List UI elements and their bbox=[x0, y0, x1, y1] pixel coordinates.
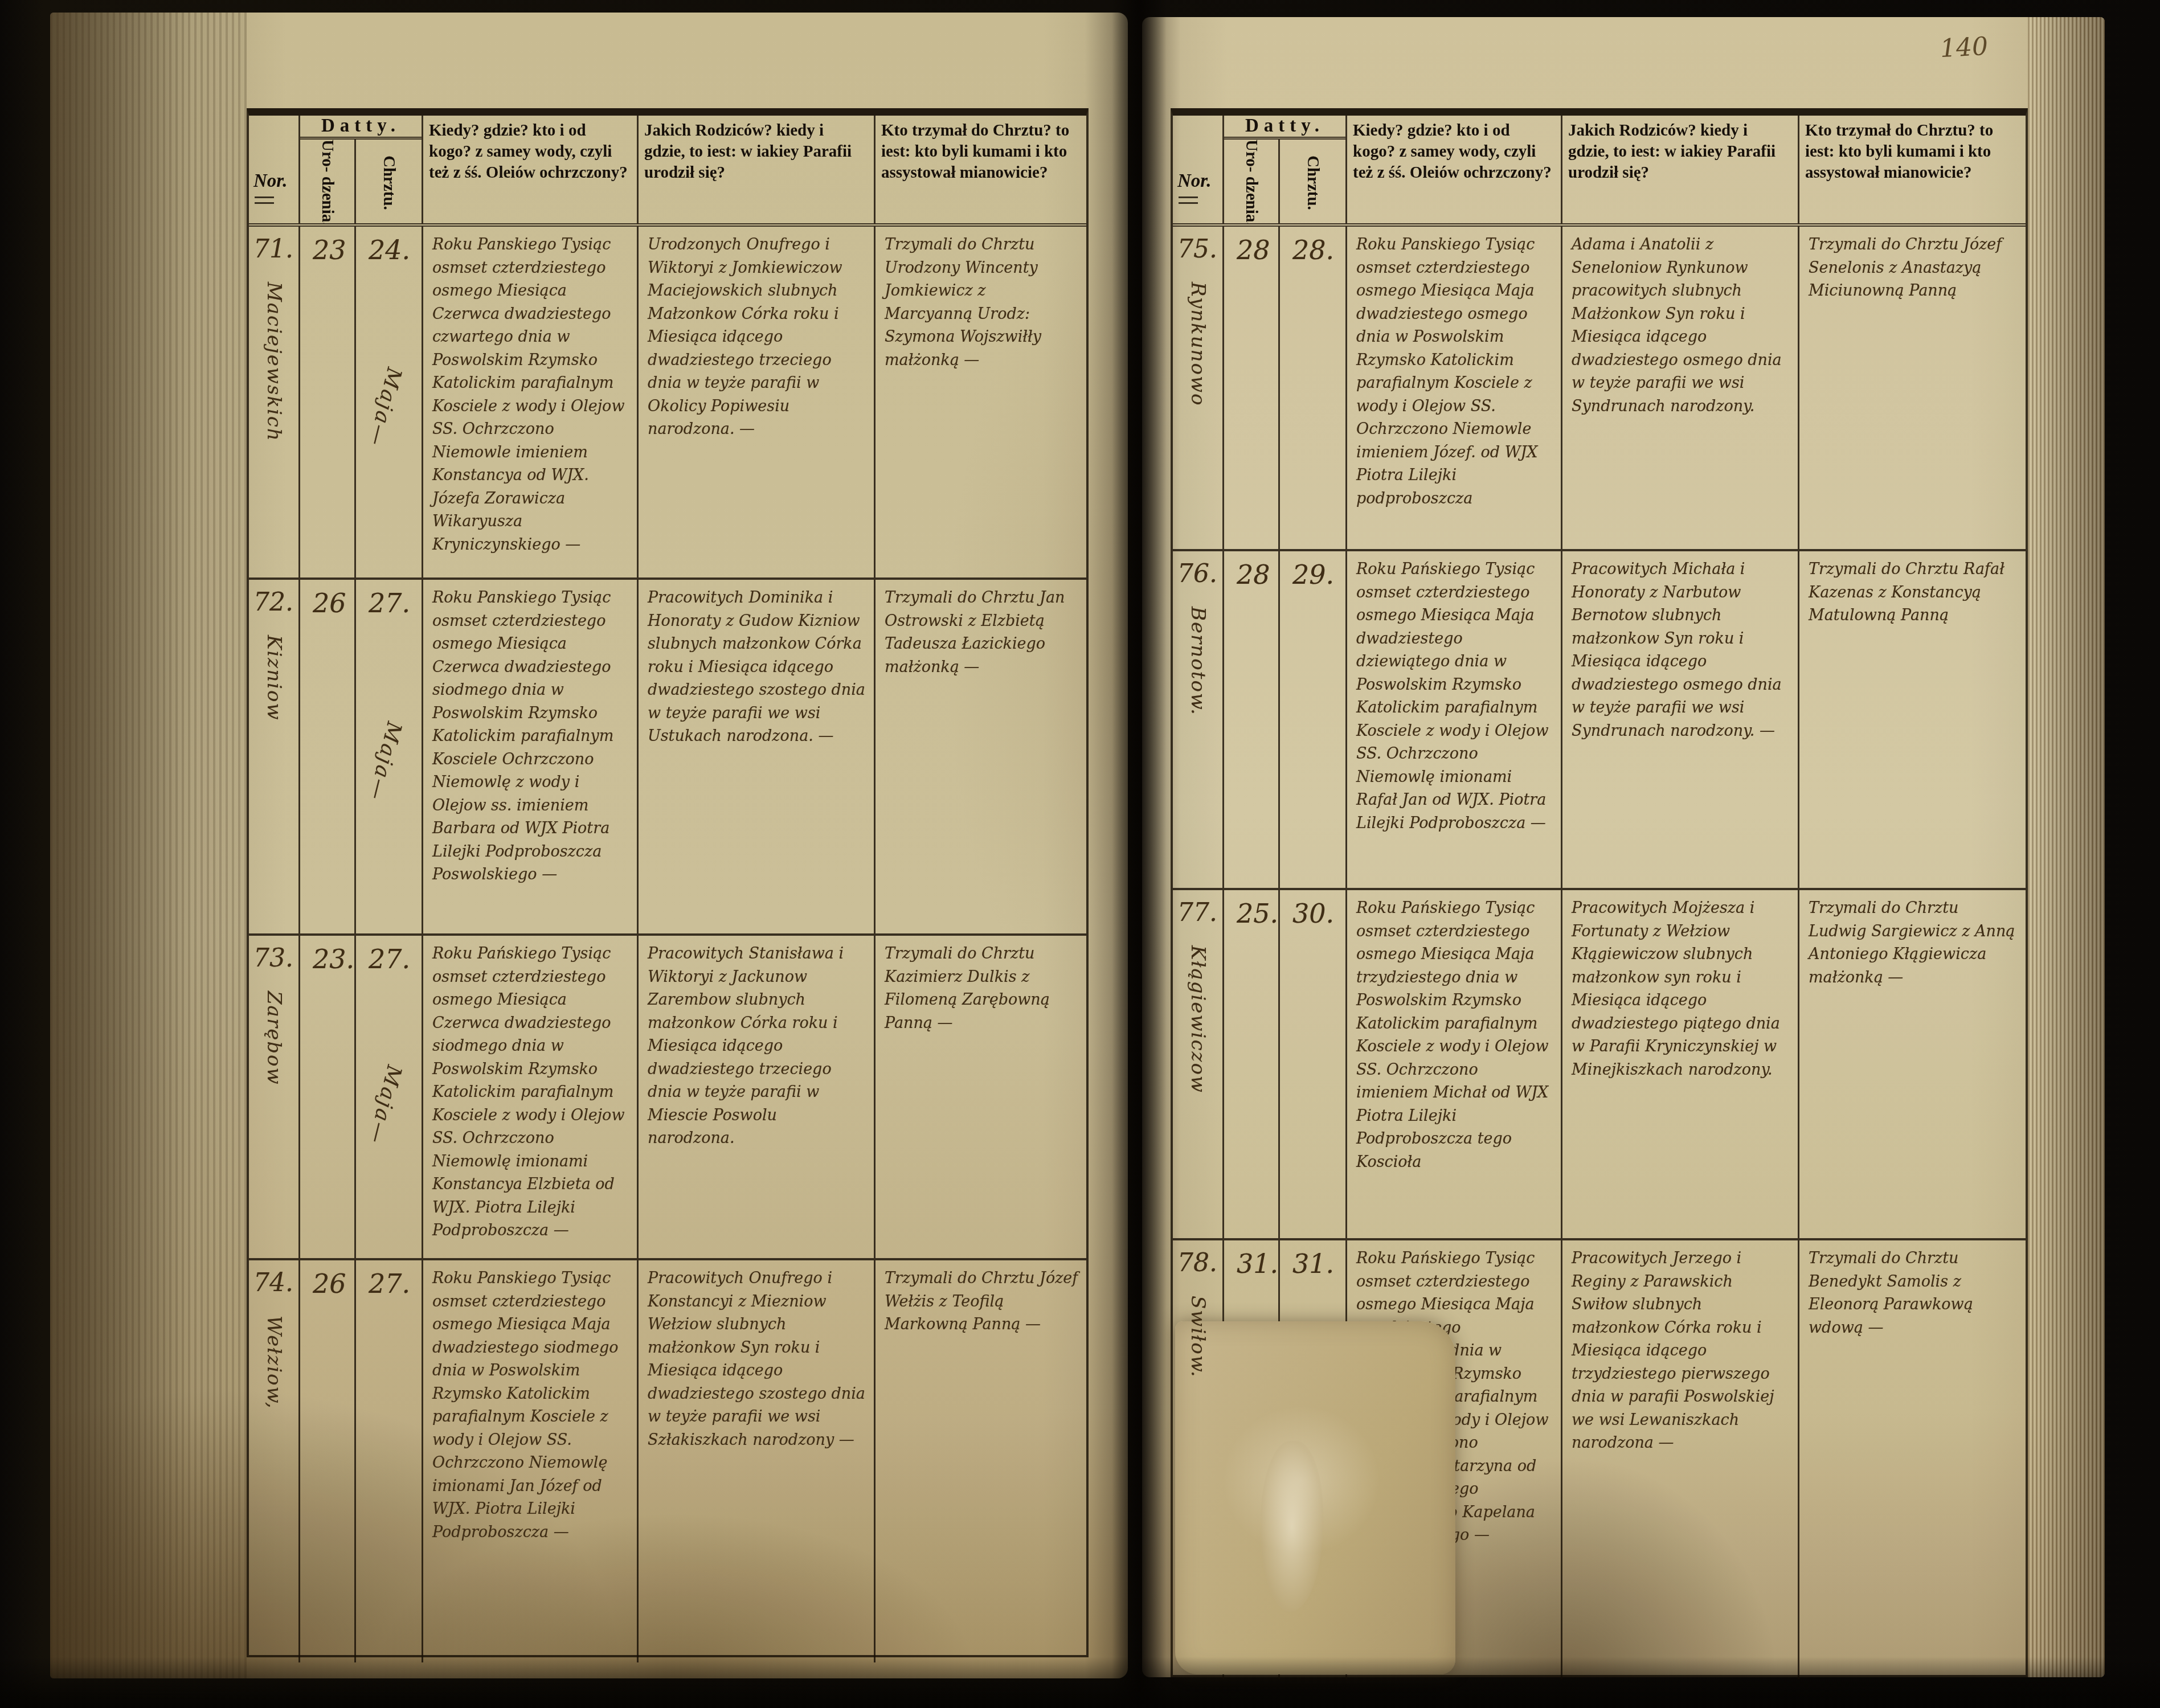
baptism-record-text: Roku Pańskiego Tysiąc osmset czterdziest… bbox=[423, 936, 637, 1243]
baptism-record-cell: Roku Pańskiego Tysiąc osmset czterdziest… bbox=[423, 936, 639, 1258]
table-header: Nor. Datty. Uro- dzenia. Chrztu. Kiedy? … bbox=[1173, 116, 2026, 227]
godparents-record-text: Trzymali do Chrztu Rafał Kazenas z Konst… bbox=[1799, 551, 2026, 628]
godparents-record-cell: Trzymali do Chrztu Benedykt Samolis z El… bbox=[1799, 1240, 2026, 1679]
birth-day-cell: 28 bbox=[1224, 551, 1280, 888]
baptism-day-value: 29. bbox=[1292, 559, 1345, 590]
godparents-record-text: Trzymali do Chrztu Józef Wełżis z Teofil… bbox=[876, 1260, 1086, 1337]
baptism-record-cell: Roku Pańskiego Tysiąc osmset czterdziest… bbox=[1347, 1240, 1562, 1679]
entry-number-cell: 77. Kłągiewiczow bbox=[1173, 890, 1224, 1238]
birth-day-cell: 31. bbox=[1224, 1240, 1280, 1679]
entries-left: 71. Maciejewskich 23 24. Maja— Roku Pans… bbox=[249, 227, 1086, 1662]
baptism-record-text: Roku Pańskiego Tysiąc osmset czterdziest… bbox=[1347, 890, 1561, 1174]
godparents-record-cell: Trzymali do Chrztu Kazimierz Dulkis z Fi… bbox=[876, 936, 1086, 1258]
parents-record-cell: Pracowitych Michała i Honoraty z Narbuto… bbox=[1562, 551, 1799, 888]
parents-record-text: Adama i Anatolii z Seneloniow Rynkunow p… bbox=[1562, 227, 1798, 418]
birth-day-cell: 26 bbox=[300, 580, 356, 933]
header-when: Kiedy? gdzie? kto i od kogo? z samey wod… bbox=[1347, 116, 1562, 223]
baptism-day-cell: 28. bbox=[1280, 227, 1347, 549]
header-datty: Datty. Uro- dzenia. Chrztu. bbox=[1224, 116, 1347, 223]
left-page: Nor. Datty. Uro- dzenia. Chrztu. Kiedy? … bbox=[50, 13, 1128, 1678]
birth-day-cell: 25. bbox=[1224, 890, 1280, 1238]
baptism-record-text: Roku Panskiego Tysiąc osmset czterdziest… bbox=[423, 227, 637, 556]
entry-number-cell: 75. Rynkunowo bbox=[1173, 227, 1224, 549]
header-when: Kiedy? gdzie? kto i od kogo? z samey wod… bbox=[423, 116, 639, 223]
birth-day-value: 28 bbox=[1237, 559, 1278, 590]
header-baptism: Chrztu. bbox=[1280, 140, 1345, 223]
baptism-day-cell: 24. Maja— bbox=[356, 227, 423, 577]
margin-surname: Kizniow bbox=[263, 635, 285, 721]
margin-surname: Bernotow. bbox=[1187, 607, 1209, 716]
baptism-record-text: Roku Panskiego Tysiąc osmset czterdziest… bbox=[423, 1260, 637, 1544]
margin-surname: Swiłow. bbox=[1187, 1296, 1209, 1378]
birth-day-cell: 26 bbox=[300, 1260, 356, 1662]
double-rule bbox=[255, 196, 274, 204]
month-note: Maja— bbox=[363, 1063, 406, 1148]
entry-number-cell: 73. Zarębow bbox=[249, 936, 300, 1258]
parents-record-text: Pracowitych Dominika i Honoraty z Gudow … bbox=[639, 580, 874, 748]
baptism-record-cell: Roku Panskiego Tysiąc osmset czterdziest… bbox=[423, 227, 639, 577]
baptism-day-cell: 27. bbox=[356, 1260, 423, 1662]
register-entry: 72. Kizniow 26 27. Maja— Roku Panskiego … bbox=[249, 580, 1086, 936]
month-note: Maja— bbox=[363, 366, 406, 450]
entry-number: 76. bbox=[1173, 559, 1217, 588]
folio-number: 140 bbox=[1940, 32, 1989, 63]
parents-record-text: Pracowitych Michała i Honoraty z Narbuto… bbox=[1562, 551, 1798, 743]
birth-day-cell: 28 bbox=[1224, 227, 1280, 549]
birth-day-value: 28 bbox=[1237, 235, 1278, 265]
baptism-record-text: Roku Panskiego Tysiąc osmset czterdziest… bbox=[423, 580, 637, 887]
parents-record-cell: Pracowitych Jerzego i Reginy z Parawskic… bbox=[1562, 1240, 1799, 1679]
month-note: Maja— bbox=[363, 720, 406, 804]
godparents-record-cell: Trzymali do Chrztu Urodzony Wincenty Jom… bbox=[876, 227, 1086, 577]
baptism-record-text: Roku Pańskiego Tysiąc osmset czterdziest… bbox=[1347, 551, 1561, 835]
header-nr: Nor. bbox=[1173, 116, 1224, 223]
register-entry: 76. Bernotow. 28 29. Roku Pańskiego Tysi… bbox=[1173, 551, 2026, 890]
header-parents: Jakich Rodziców? kiedy i gdzie, to iest:… bbox=[639, 116, 876, 223]
entry-number: 74. bbox=[249, 1268, 293, 1297]
entry-number: 78. bbox=[1173, 1248, 1217, 1277]
header-sponsors: Kto trzymał do Chrztu? to iest: kto byli… bbox=[876, 116, 1086, 223]
right-page: 140 Nor. Datty. Uro- dzenia. Chrztu. Kie… bbox=[1142, 17, 2105, 1677]
entry-number-cell: 78. Swiłow. bbox=[1173, 1240, 1224, 1679]
parents-record-cell: Adama i Anatolii z Seneloniow Rynkunow p… bbox=[1562, 227, 1799, 549]
register-entry: 75. Rynkunowo 28 28. Roku Panskiego Tysi… bbox=[1173, 227, 2026, 551]
birth-day-cell: 23 bbox=[300, 227, 356, 577]
baptism-record-cell: Roku Panskiego Tysiąc osmset czterdziest… bbox=[1347, 227, 1562, 549]
register-entry: 77. Kłągiewiczow 25. 30. Roku Pańskiego … bbox=[1173, 890, 2026, 1240]
godparents-record-text: Trzymali do Chrztu Urodzony Wincenty Jom… bbox=[876, 227, 1086, 372]
entry-number: 72. bbox=[249, 588, 293, 617]
parents-record-text: Pracowitych Mojżesza i Fortunaty z Wełzi… bbox=[1562, 890, 1798, 1082]
baptism-day-value: 28. bbox=[1292, 235, 1345, 265]
margin-surname: Kłągiewiczow bbox=[1187, 945, 1209, 1093]
baptism-day-value: 27. bbox=[369, 944, 422, 974]
parents-record-text: Urodzonych Onufrego i Wiktoryi z Jomkiew… bbox=[639, 227, 874, 441]
parents-record-cell: Pracowitych Onufrego i Konstancyi z Miez… bbox=[639, 1260, 876, 1662]
register-table-left: Nor. Datty. Uro- dzenia. Chrztu. Kiedy? … bbox=[247, 108, 1089, 1657]
parents-record-text: Pracowitych Stanisława i Wiktoryi z Jack… bbox=[639, 936, 874, 1150]
entry-number: 75. bbox=[1173, 235, 1217, 264]
parents-record-text: Pracowitych Onufrego i Konstancyi z Miez… bbox=[639, 1260, 874, 1452]
baptism-day-value: 31. bbox=[1292, 1248, 1345, 1279]
baptism-day-value: 24. bbox=[369, 235, 422, 265]
register-table-right: Nor. Datty. Uro- dzenia. Chrztu. Kiedy? … bbox=[1171, 108, 2028, 1677]
baptism-record-cell: Roku Panskiego Tysiąc osmset czterdziest… bbox=[423, 580, 639, 933]
godparents-record-text: Trzymali do Chrztu Józef Senelonis z Ana… bbox=[1799, 227, 2026, 303]
godparents-record-text: Trzymali do Chrztu Kazimierz Dulkis z Fi… bbox=[876, 936, 1086, 1035]
birth-day-value: 25. bbox=[1237, 898, 1278, 929]
entry-number-cell: 76. Bernotow. bbox=[1173, 551, 1224, 888]
baptism-day-value: 27. bbox=[369, 588, 422, 619]
table-header: Nor. Datty. Uro- dzenia. Chrztu. Kiedy? … bbox=[249, 116, 1086, 227]
margin-surname: Zarębow bbox=[263, 991, 285, 1086]
godparents-record-text: Trzymali do Chrztu Ludwig Sargiewicz z A… bbox=[1799, 890, 2026, 989]
birth-day-cell: 23. bbox=[300, 936, 356, 1258]
margin-surname: Rynkunowo bbox=[1187, 282, 1209, 407]
header-birth: Uro- dzenia. bbox=[1224, 140, 1280, 223]
parents-record-cell: Pracowitych Stanisława i Wiktoryi z Jack… bbox=[639, 936, 876, 1258]
birth-day-value: 23. bbox=[313, 944, 354, 974]
baptism-day-cell: 27. Maja— bbox=[356, 936, 423, 1258]
entry-number: 71. bbox=[249, 235, 293, 264]
page-stack-edge bbox=[50, 13, 247, 1678]
birth-day-value: 31. bbox=[1237, 1248, 1278, 1279]
birth-day-value: 26 bbox=[313, 1268, 354, 1299]
header-birth: Uro- dzenia. bbox=[300, 140, 356, 223]
register-entry: 74. Wełziow, 26 27. Roku Panskiego Tysią… bbox=[249, 1260, 1086, 1662]
entry-number: 73. bbox=[249, 944, 293, 973]
godparents-record-cell: Trzymali do Chrztu Ludwig Sargiewicz z A… bbox=[1799, 890, 2026, 1238]
entries-right: 75. Rynkunowo 28 28. Roku Panskiego Tysi… bbox=[1173, 227, 2026, 1679]
parents-record-cell: Pracowitych Dominika i Honoraty z Gudow … bbox=[639, 580, 876, 933]
header-parents: Jakich Rodziców? kiedy i gdzie, to iest:… bbox=[1562, 116, 1799, 223]
entry-number-cell: 74. Wełziow, bbox=[249, 1260, 300, 1662]
parents-record-cell: Urodzonych Onufrego i Wiktoryi z Jomkiew… bbox=[639, 227, 876, 577]
baptism-record-cell: Roku Panskiego Tysiąc osmset czterdziest… bbox=[423, 1260, 639, 1662]
entry-number-cell: 71. Maciejewskich bbox=[249, 227, 300, 577]
baptism-day-cell: 29. bbox=[1280, 551, 1347, 888]
entry-number-cell: 72. Kizniow bbox=[249, 580, 300, 933]
parents-record-cell: Pracowitych Mojżesza i Fortunaty z Wełzi… bbox=[1562, 890, 1799, 1238]
baptism-day-cell: 27. Maja— bbox=[356, 580, 423, 933]
parents-record-text: Pracowitych Jerzego i Reginy z Parawskic… bbox=[1562, 1240, 1798, 1455]
baptism-record-cell: Roku Pańskiego Tysiąc osmset czterdziest… bbox=[1347, 890, 1562, 1238]
godparents-record-text: Trzymali do Chrztu Benedykt Samolis z El… bbox=[1799, 1240, 2026, 1340]
godparents-record-cell: Trzymali do Chrztu Józef Wełżis z Teofil… bbox=[876, 1260, 1086, 1662]
baptism-day-value: 30. bbox=[1292, 898, 1345, 929]
baptism-record-text: Roku Panskiego Tysiąc osmset czterdziest… bbox=[1347, 227, 1561, 510]
godparents-record-cell: Trzymali do Chrztu Józef Senelonis z Ana… bbox=[1799, 227, 2026, 549]
birth-day-value: 23 bbox=[313, 235, 354, 265]
fore-edge bbox=[2028, 17, 2105, 1677]
baptism-day-value: 27. bbox=[369, 1268, 422, 1299]
header-datty: Datty. Uro- dzenia. Chrztu. bbox=[300, 116, 423, 223]
header-baptism: Chrztu. bbox=[356, 140, 422, 223]
baptism-day-cell: 30. bbox=[1280, 890, 1347, 1238]
entry-number: 77. bbox=[1173, 898, 1217, 927]
godparents-record-cell: Trzymali do Chrztu Rafał Kazenas z Konst… bbox=[1799, 551, 2026, 888]
baptism-day-cell: 31. bbox=[1280, 1240, 1347, 1679]
godparents-record-cell: Trzymali do Chrztu Jan Ostrowski z Elzbi… bbox=[876, 580, 1086, 933]
birth-day-value: 26 bbox=[313, 588, 354, 619]
header-sponsors: Kto trzymał do Chrztu? to iest: kto byli… bbox=[1799, 116, 2026, 223]
register-entry: 73. Zarębow 23. 27. Maja— Roku Pańskiego… bbox=[249, 936, 1086, 1260]
baptism-record-text: Roku Pańskiego Tysiąc osmset czterdziest… bbox=[1347, 1240, 1561, 1547]
baptism-record-cell: Roku Pańskiego Tysiąc osmset czterdziest… bbox=[1347, 551, 1562, 888]
register-entry: 78. Swiłow. 31. 31. Roku Pańskiego Tysią… bbox=[1173, 1240, 2026, 1679]
godparents-record-text: Trzymali do Chrztu Jan Ostrowski z Elzbi… bbox=[876, 580, 1086, 679]
register-entry: 71. Maciejewskich 23 24. Maja— Roku Pans… bbox=[249, 227, 1086, 580]
header-nr: Nor. bbox=[249, 116, 300, 223]
margin-surname: Wełziow, bbox=[263, 1316, 285, 1409]
margin-surname: Maciejewskich bbox=[263, 282, 285, 442]
double-rule bbox=[1179, 196, 1198, 204]
